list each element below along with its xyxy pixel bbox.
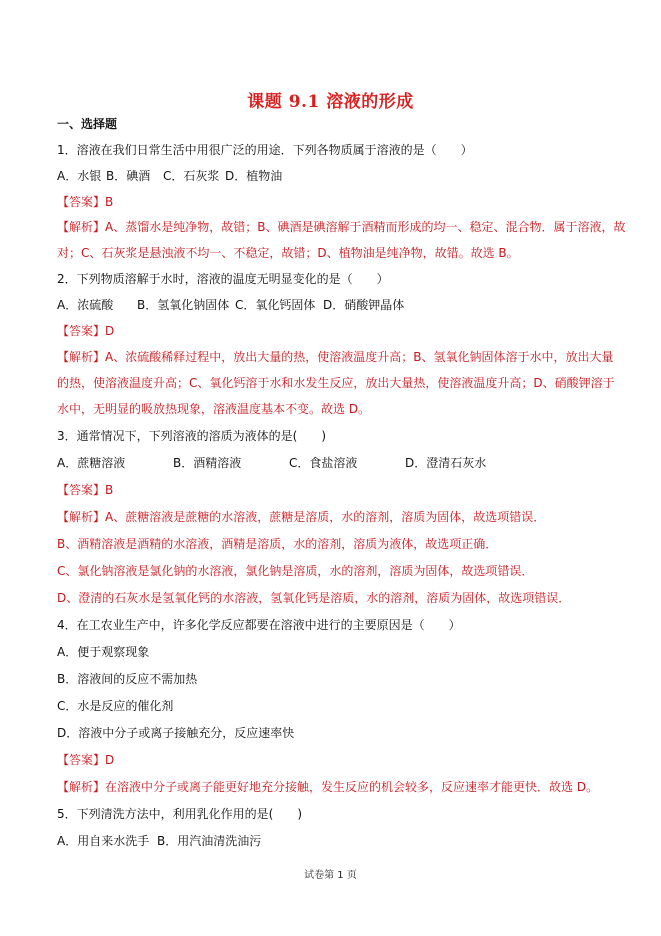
question-1-answer: 【答案】B	[57, 195, 113, 209]
question-4-stem: 4．在工农业生产中，许多化学反应都要在溶液中进行的主要原因是（ ）	[57, 618, 461, 632]
question-3-analysis-cont: C、氯化钠溶液是氯化钠的水溶液，氯化钠是溶质，水的溶剂，溶质为固体，故选项错误．	[57, 564, 533, 578]
question-3-analysis-cont: D、澄清的石灰水是氢氧化钙的水溶液，氢氧化钙是溶质，水的溶剂，溶质为固体，故选项…	[57, 591, 570, 605]
option-a: A．浓硫酸	[57, 298, 137, 312]
analysis-label: 【解析】	[57, 220, 105, 234]
option-b: B．碘酒	[106, 169, 163, 183]
question-2-answer: 【答案】D	[57, 324, 114, 338]
question-3-analysis-cont: B、酒精溶液是酒精的水溶液，酒精是溶质，水的溶剂，溶质为液体，故选项正确．	[57, 537, 497, 551]
question-4-option-d: D．溶液中分子或离子接触充分，反应速率快	[57, 726, 294, 740]
question-3-options: A．蔗糖溶液B．酒精溶液C．食盐溶液D．澄清石灰水	[57, 456, 486, 470]
option-d: D．澄清石灰水	[405, 456, 486, 470]
section-heading: 一、选择题	[57, 117, 117, 131]
answer-value: B	[105, 195, 113, 209]
option-d: D．植物油	[225, 169, 282, 183]
question-2-analysis: 【解析】A、浓硫酸稀释过程中，放出大量的热，使溶液温度升高；B、氢氧化钠固体溶于…	[57, 350, 613, 364]
page-title: 课题 9.1 溶液的形成	[0, 87, 661, 112]
question-4-option-a: A．便于观察现象	[57, 645, 149, 659]
question-2-stem: 2．下列物质溶解于水时，溶液的温度无明显变化的是（ ）	[57, 272, 389, 286]
answer-label: 【答案】	[57, 195, 105, 209]
question-4-option-c: C．水是反应的催化剂	[57, 699, 173, 713]
question-2-analysis-cont: 的热，使溶液温度升高；C、氧化钙溶于水和水发生反应，放出大量热，使溶液温度升高；…	[57, 376, 615, 390]
question-4-option-b: B．溶液间的反应不需加热	[57, 672, 197, 686]
question-2-analysis-cont: 水中，无明显的吸放热现象，溶液温度基本不变。故选 D。	[57, 402, 370, 416]
page-footer: 试卷第 1 页	[0, 866, 661, 881]
option-b: B．酒精溶液	[173, 456, 289, 470]
option-b: B．用汽油清洗油污	[157, 834, 261, 848]
option-c: C．氧化钙固体	[235, 298, 323, 312]
option-a: A．水银	[57, 169, 106, 183]
question-3-stem: 3．通常情况下，下列溶液的溶质为液体的是( )	[57, 429, 326, 443]
document-page: 课题 9.1 溶液的形成 一、选择题 1．溶液在我们日常生活中用很广泛的用途．下…	[0, 0, 661, 936]
option-c: C．石灰浆	[163, 169, 225, 183]
option-a: A．蔗糖溶液	[57, 456, 173, 470]
option-c: C．食盐溶液	[289, 456, 405, 470]
question-5-options: A．用自来水洗手B．用汽油清洗油污	[57, 834, 261, 848]
option-d: D．硝酸钾晶体	[323, 298, 404, 312]
question-5-stem: 5．下列清洗方法中，利用乳化作用的是( )	[57, 807, 302, 821]
question-4-answer: 【答案】D	[57, 753, 114, 767]
option-b: B．氢氧化钠固体	[137, 298, 235, 312]
question-4-analysis: 【解析】在溶液中分子或离子能更好地充分接触，发生反应的机会较多，反应速率才能更快…	[57, 780, 598, 794]
question-2-options: A．浓硫酸B．氢氧化钠固体C．氧化钙固体D．硝酸钾晶体	[57, 298, 404, 312]
question-3-analysis: 【解析】A、蔗糖溶液是蔗糖的水溶液，蔗糖是溶质，水的溶剂，溶质为固体，故选项错误…	[57, 510, 545, 524]
question-1-options: A．水银B．碘酒C．石灰浆D．植物油	[57, 169, 282, 183]
question-1-analysis-cont: 对；C、石灰浆是悬浊液不均一、不稳定，故错；D、植物油是纯净物，故错。故选 B。	[57, 246, 519, 260]
question-1-stem: 1．溶液在我们日常生活中用很广泛的用途．下列各物质属于溶液的是（ ）	[57, 143, 473, 157]
option-a: A．用自来水洗手	[57, 834, 157, 848]
question-3-answer: 【答案】B	[57, 483, 113, 497]
question-1-analysis: 【解析】A、蒸馏水是纯净物，故错；B、碘酒是碘溶解于酒精而形成的均一、稳定、混合…	[57, 220, 625, 234]
